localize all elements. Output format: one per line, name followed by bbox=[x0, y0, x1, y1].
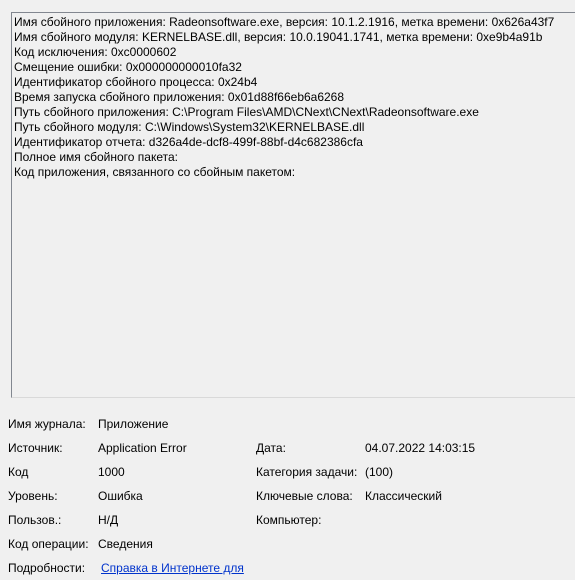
user-value: Н/Д bbox=[98, 510, 118, 530]
computer-label: Компьютер: bbox=[256, 510, 321, 530]
online-help-link[interactable]: Справка в Интернете для bbox=[101, 558, 244, 578]
description-line: Код приложения, связанного со сбойным па… bbox=[14, 165, 575, 180]
description-line: Имя сбойного модуля: KERNELBASE.dll, вер… bbox=[14, 30, 575, 45]
level-label: Уровень: bbox=[8, 486, 58, 506]
keywords-value: Классический bbox=[365, 486, 442, 506]
description-line: Идентификатор отчета: d326a4de-dcf8-499f… bbox=[14, 135, 575, 150]
opcode-label: Код операции: bbox=[8, 534, 89, 554]
more-info-label: Подробности: bbox=[8, 558, 85, 578]
user-label: Пользов.: bbox=[8, 510, 61, 530]
task-category-value: (100) bbox=[365, 462, 393, 482]
date-value: 04.07.2022 14:03:15 bbox=[365, 438, 475, 458]
event-id-label: Код bbox=[8, 462, 28, 482]
source-label: Источник: bbox=[8, 438, 63, 458]
description-line: Путь сбойного приложения: C:\Program Fil… bbox=[14, 105, 575, 120]
opcode-value: Сведения bbox=[98, 534, 153, 554]
event-description-textbox[interactable]: Имя сбойного приложения: Radeonsoftware.… bbox=[11, 12, 575, 398]
description-line: Время запуска сбойного приложения: 0x01d… bbox=[14, 90, 575, 105]
description-line: Имя сбойного приложения: Radeonsoftware.… bbox=[14, 15, 575, 30]
description-line: Код исключения: 0xc0000602 bbox=[14, 45, 575, 60]
source-value: Application Error bbox=[98, 438, 187, 458]
description-line: Идентификатор сбойного процесса: 0x24b4 bbox=[14, 75, 575, 90]
description-line: Полное имя сбойного пакета: bbox=[14, 150, 575, 165]
log-name-value: Приложение bbox=[98, 414, 168, 434]
event-id-value: 1000 bbox=[98, 462, 125, 482]
date-label: Дата: bbox=[256, 438, 286, 458]
description-line: Смещение ошибки: 0x000000000010fa32 bbox=[14, 60, 575, 75]
log-name-label: Имя журнала: bbox=[8, 414, 86, 434]
task-category-label: Категория задачи: bbox=[256, 462, 357, 482]
keywords-label: Ключевые слова: bbox=[256, 486, 353, 506]
description-line: Путь сбойного модуля: C:\Windows\System3… bbox=[14, 120, 575, 135]
level-value: Ошибка bbox=[98, 486, 143, 506]
